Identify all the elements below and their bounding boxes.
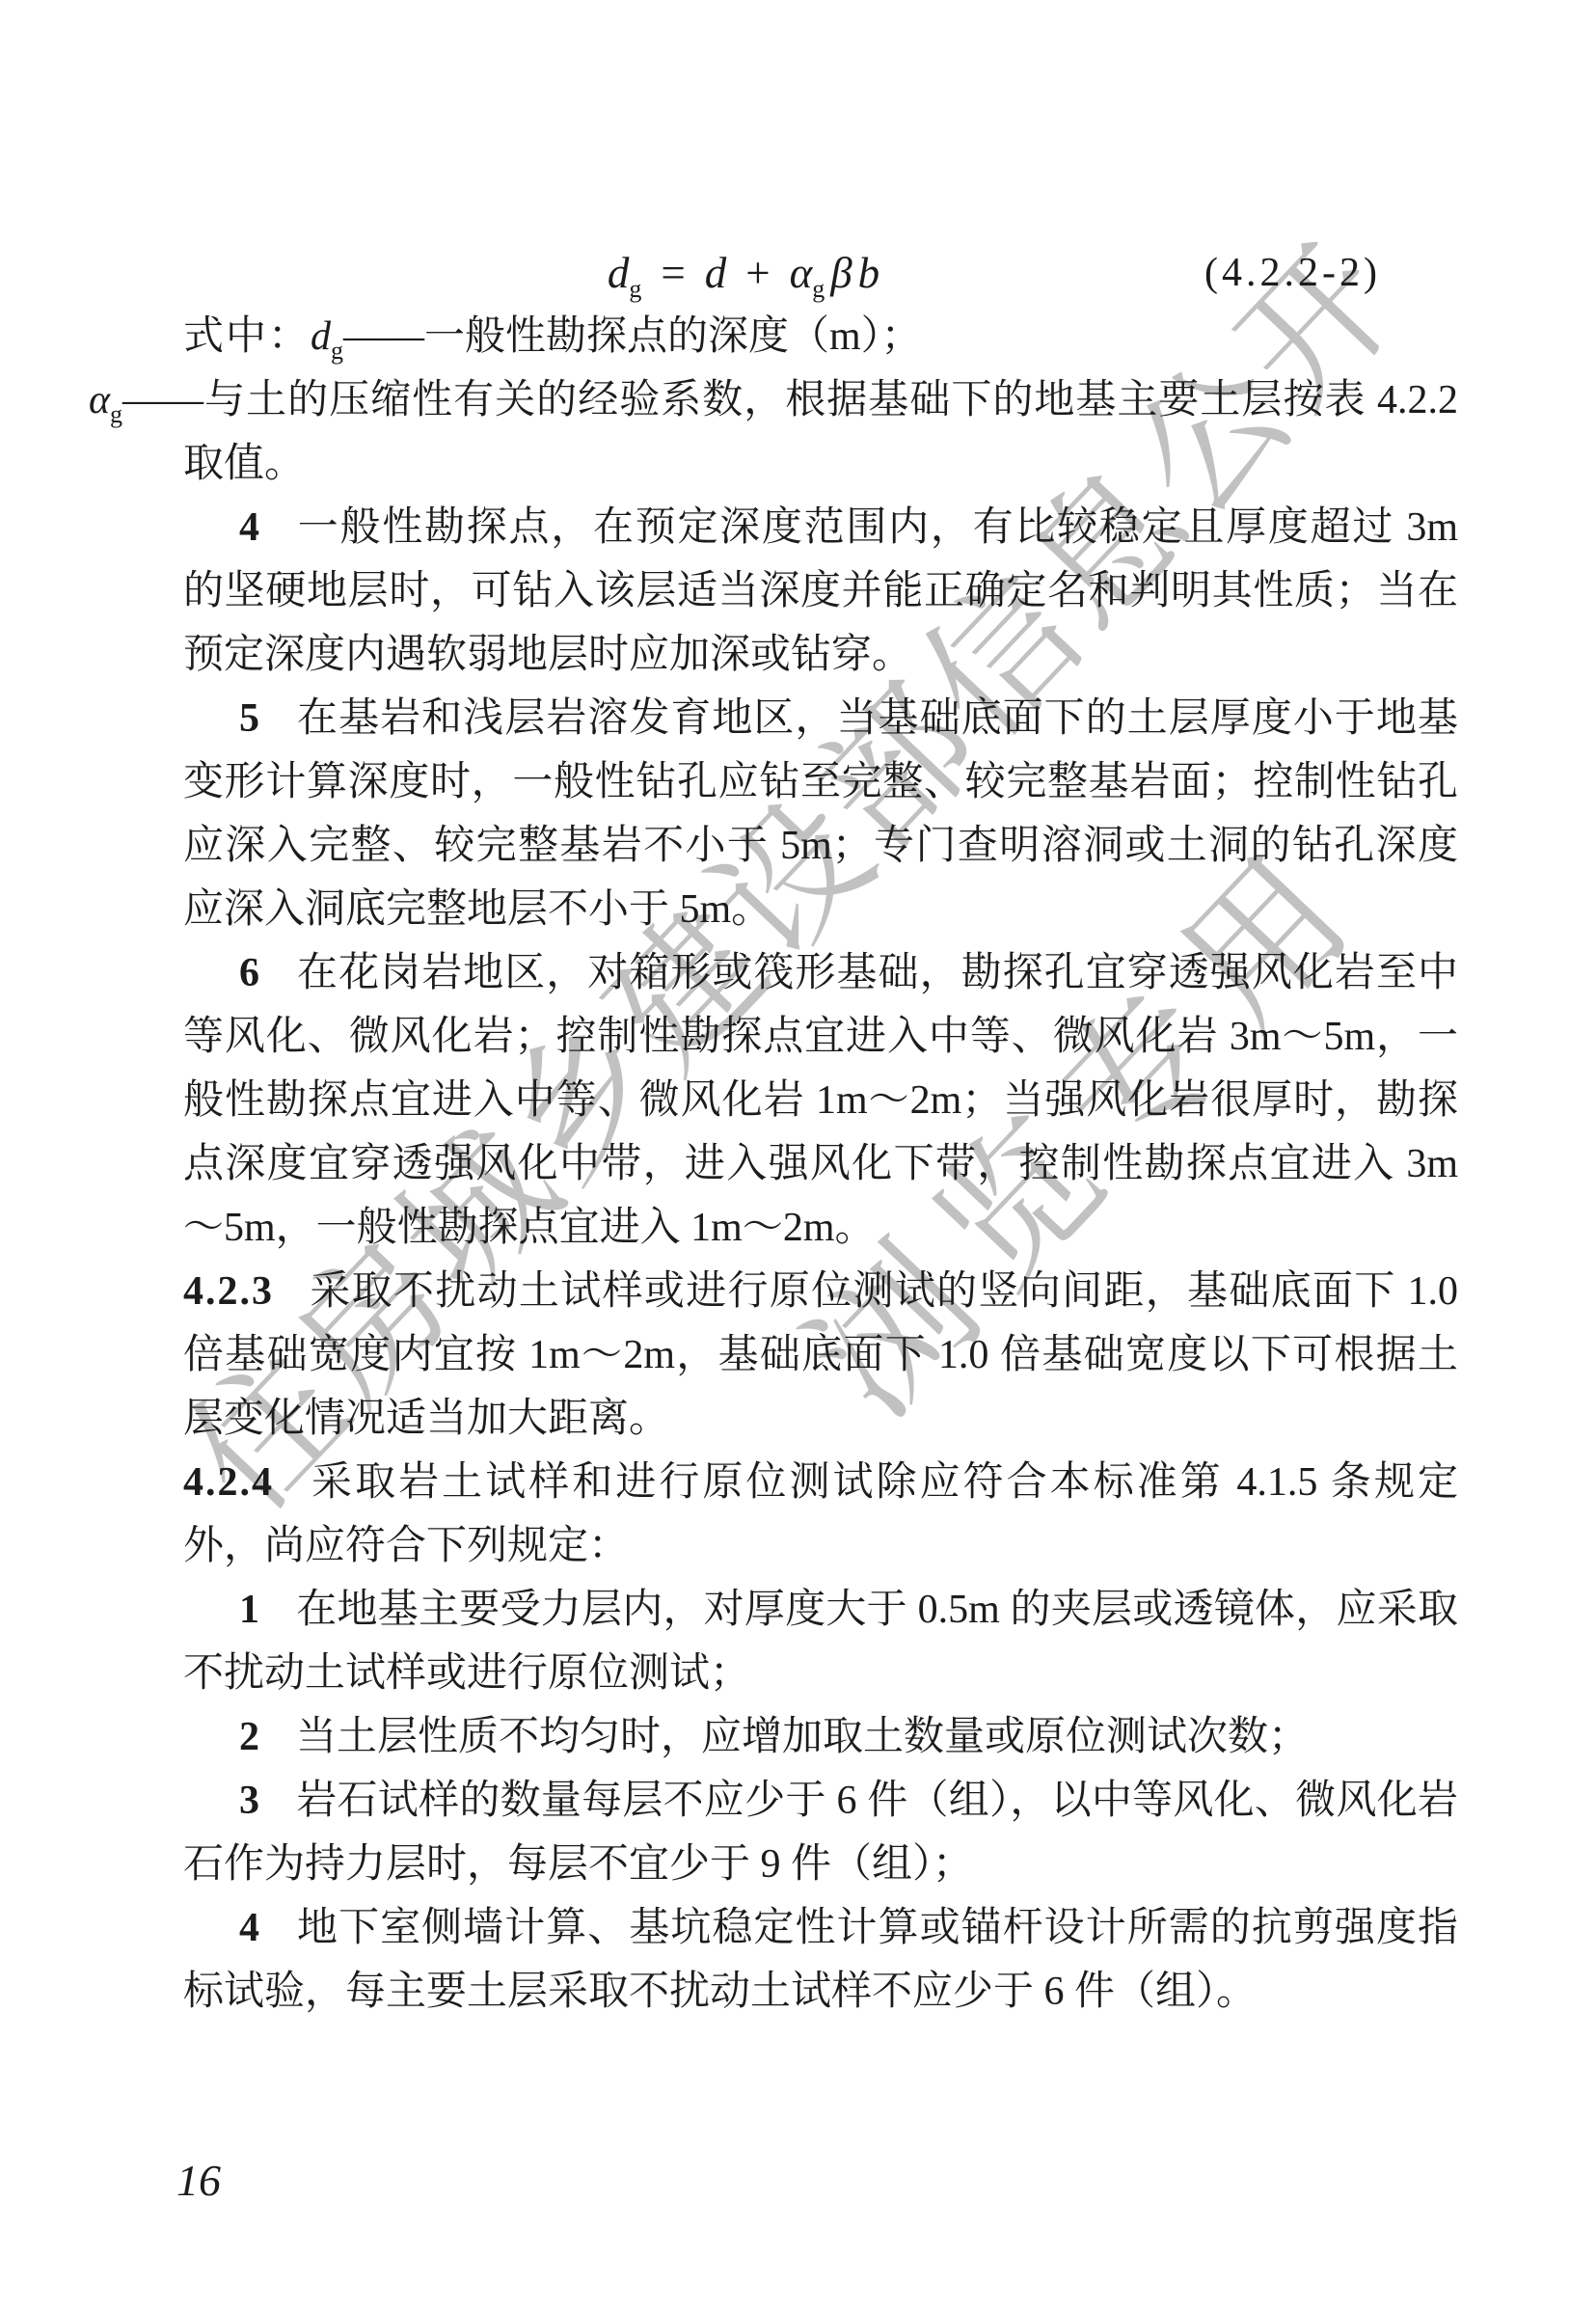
item-text: 在基岩和浅层岩溶发育地区，当基础底面下的土层厚度小于地基变形计算深度时，一般性钻… [183, 696, 1458, 932]
equation-var-alpha: α [790, 249, 813, 297]
item-number: 4 [239, 1906, 259, 1950]
document-page: 住房城乡建设部信息公开 浏览专用 dg=d+αgβb (4.2.2-2) 式中：… [0, 0, 1596, 2311]
plus-sign: + [745, 249, 770, 297]
numbered-item-6: 6在花岗岩地区，对箱形或筏形基础，勘探孔宜穿透强风化岩至中等风化、微风化岩；控制… [183, 941, 1458, 1260]
clause-number: 4.2.3 [183, 1269, 274, 1314]
definition-symbol-dg: d [311, 314, 331, 359]
clause-text: 采取不扰动土试样或进行原位测试的竖向间距，基础底面下 1.0 倍基础宽度内宜按 … [183, 1269, 1458, 1441]
equation-number: (4.2.2-2) [1204, 241, 1381, 305]
equation-row: dg=d+αgβb (4.2.2-2) [183, 241, 1458, 305]
definition-row-alpha: αg——与土的压缩性有关的经验系数，根据基础下的地基主要土层按表 4.2.2 取… [183, 368, 1458, 496]
definition-symbol-alpha-subscript: g [110, 400, 122, 428]
item-text: 当土层性质不均匀时，应增加取土数量或原位测试次数； [296, 1715, 1309, 1759]
definition-row-dg: 式中：dg——一般性勘探点的深度（m）； [183, 305, 1458, 368]
page-number: 16 [176, 2149, 221, 2213]
definition-symbol-alpha: α [89, 378, 110, 422]
where-label: 式中： [183, 314, 311, 359]
sub-item-4: 4地下室侧墙计算、基坑稳定性计算或锚杆设计所需的抗剪强度指标试验，每主要土层采取… [183, 1896, 1458, 2024]
equation-var-beta: β [830, 249, 852, 297]
sub-item-3: 3岩石试样的数量每层不应少于 6 件（组），以中等风化、微风化岩石作为持力层时，… [183, 1769, 1458, 1896]
item-number: 2 [239, 1715, 259, 1759]
equals-sign: = [661, 249, 685, 297]
numbered-item-4: 4一般性勘探点，在预定深度范围内，有比较稳定且厚度超过 3m 的坚硬地层时，可钻… [183, 496, 1458, 687]
item-number: 1 [239, 1588, 259, 1632]
sub-item-2: 2当土层性质不均匀时，应增加取土数量或原位测试次数； [183, 1705, 1458, 1769]
clause-number: 4.2.4 [183, 1460, 274, 1505]
item-text: 在花岗岩地区，对箱形或筏形基础，勘探孔宜穿透强风化岩至中等风化、微风化岩；控制性… [183, 951, 1458, 1250]
sub-item-1: 1在地基主要受力层内，对厚度大于 0.5m 的夹层或透镜体，应采取不扰动土试样或… [183, 1578, 1458, 1705]
item-number: 5 [239, 696, 259, 741]
page-content: dg=d+αgβb (4.2.2-2) 式中：dg——一般性勘探点的深度（m）；… [183, 241, 1458, 2024]
equation-var-dg: d [608, 249, 630, 297]
clause-4-2-4: 4.2.4采取岩土试样和进行原位测试除应符合本标准第 4.1.5 条规定外，尚应… [183, 1451, 1458, 1578]
equation: dg=d+αgβb [608, 241, 879, 305]
definition-text-dg: ——一般性勘探点的深度（m）； [343, 314, 922, 359]
numbered-item-5: 5在基岩和浅层岩溶发育地区，当基础底面下的土层厚度小于地基变形计算深度时，一般性… [183, 687, 1458, 941]
equation-var-b: b [858, 249, 880, 297]
clause-text: 采取岩土试样和进行原位测试除应符合本标准第 4.1.5 条规定外，尚应符合下列规… [183, 1460, 1458, 1568]
item-number: 6 [239, 951, 259, 995]
definition-text-alpha: ——与土的压缩性有关的经验系数，根据基础下的地基主要土层按表 4.2.2 取值。 [122, 378, 1458, 486]
equation-var-dg-subscript: g [629, 275, 641, 303]
item-number: 3 [239, 1779, 259, 1823]
clause-4-2-3: 4.2.3采取不扰动土试样或进行原位测试的竖向间距，基础底面下 1.0 倍基础宽… [183, 1260, 1458, 1451]
item-text: 一般性勘探点，在预定深度范围内，有比较稳定且厚度超过 3m 的坚硬地层时，可钻入… [183, 505, 1458, 677]
item-text: 在地基主要受力层内，对厚度大于 0.5m 的夹层或透镜体，应采取不扰动土试样或进… [183, 1588, 1458, 1696]
item-text: 地下室侧墙计算、基坑稳定性计算或锚杆设计所需的抗剪强度指标试验，每主要土层采取不… [183, 1906, 1458, 2014]
equation-var-alpha-subscript: g [812, 275, 825, 303]
equation-var-d: d [705, 249, 727, 297]
definition-symbol-dg-subscript: g [331, 337, 343, 365]
item-text: 岩石试样的数量每层不应少于 6 件（组），以中等风化、微风化岩石作为持力层时，每… [183, 1779, 1458, 1887]
item-number: 4 [239, 505, 259, 550]
